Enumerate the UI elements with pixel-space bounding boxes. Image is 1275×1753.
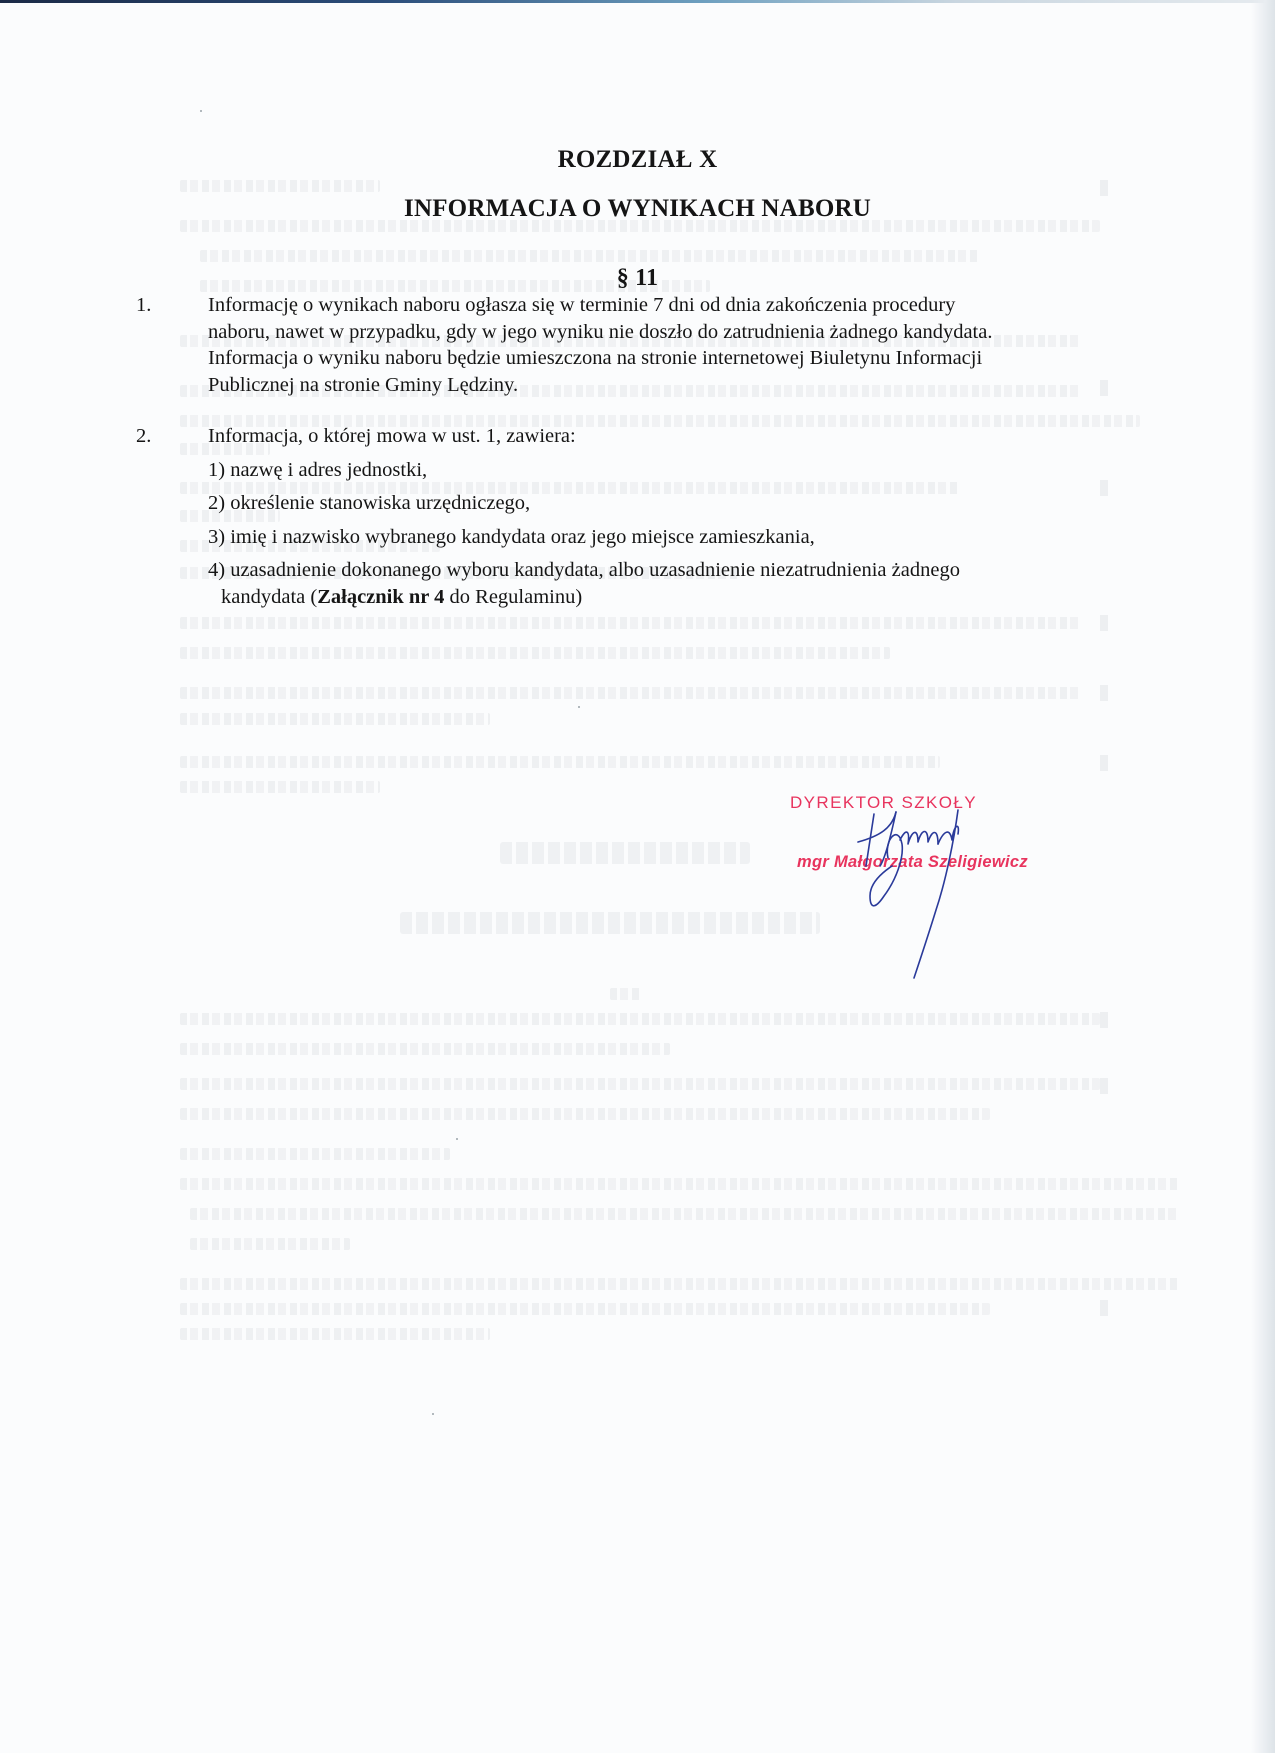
scan-speck: [200, 110, 202, 112]
subitem-text: kandydata (: [221, 586, 317, 608]
chapter-title: INFORMACJA O WYNIKACH NABORU: [0, 195, 1275, 223]
item-line: naboru, nawet w przypadku, gdy w jego wy…: [208, 319, 1208, 346]
subitem-4-continuation: kandydata (Załącznik nr 4 do Regulaminu): [208, 584, 1208, 611]
subitem-2: 2) określenie stanowiska urzędniczego,: [208, 490, 1208, 517]
scan-speck: [578, 706, 580, 708]
handwritten-signature-icon: [840, 800, 1010, 980]
scan-speck: [456, 1138, 458, 1140]
subitem-4: 4) uzasadnienie dokonanego wyboru kandyd…: [208, 557, 1208, 584]
item-body: Informacja, o której mowa w ust. 1, zawi…: [208, 423, 1208, 610]
subitem-text: do Regulaminu): [444, 586, 582, 608]
item-line: Publicznej na stronie Gminy Lędziny.: [208, 372, 1208, 399]
item-line: Informacja o wyniku naboru będzie umiesz…: [208, 345, 1208, 372]
section-number: § 11: [0, 265, 1275, 292]
item-number: 1.: [136, 292, 151, 319]
scan-edge-top: [0, 0, 1275, 3]
item-body: Informację o wynikach naboru ogłasza się…: [208, 292, 1208, 398]
item-number: 2.: [136, 423, 151, 450]
attachment-reference: Załącznik nr 4: [317, 586, 444, 608]
scan-speck: [432, 1413, 434, 1415]
subitem-1: 1) nazwę i adres jednostki,: [208, 457, 1208, 484]
scan-edge-right: [1251, 0, 1275, 1753]
item-intro: Informacja, o której mowa w ust. 1, zawi…: [208, 423, 1208, 450]
subitem-3: 3) imię i nazwisko wybranego kandydata o…: [208, 524, 1208, 551]
chapter-heading: ROZDZIAŁ X: [0, 146, 1275, 174]
reverse-side-bleed-through: [0, 0, 1275, 1753]
scanned-page: ROZDZIAŁ X INFORMACJA O WYNIKACH NABORU …: [0, 0, 1275, 1753]
item-line: Informację o wynikach naboru ogłasza się…: [208, 292, 1208, 319]
